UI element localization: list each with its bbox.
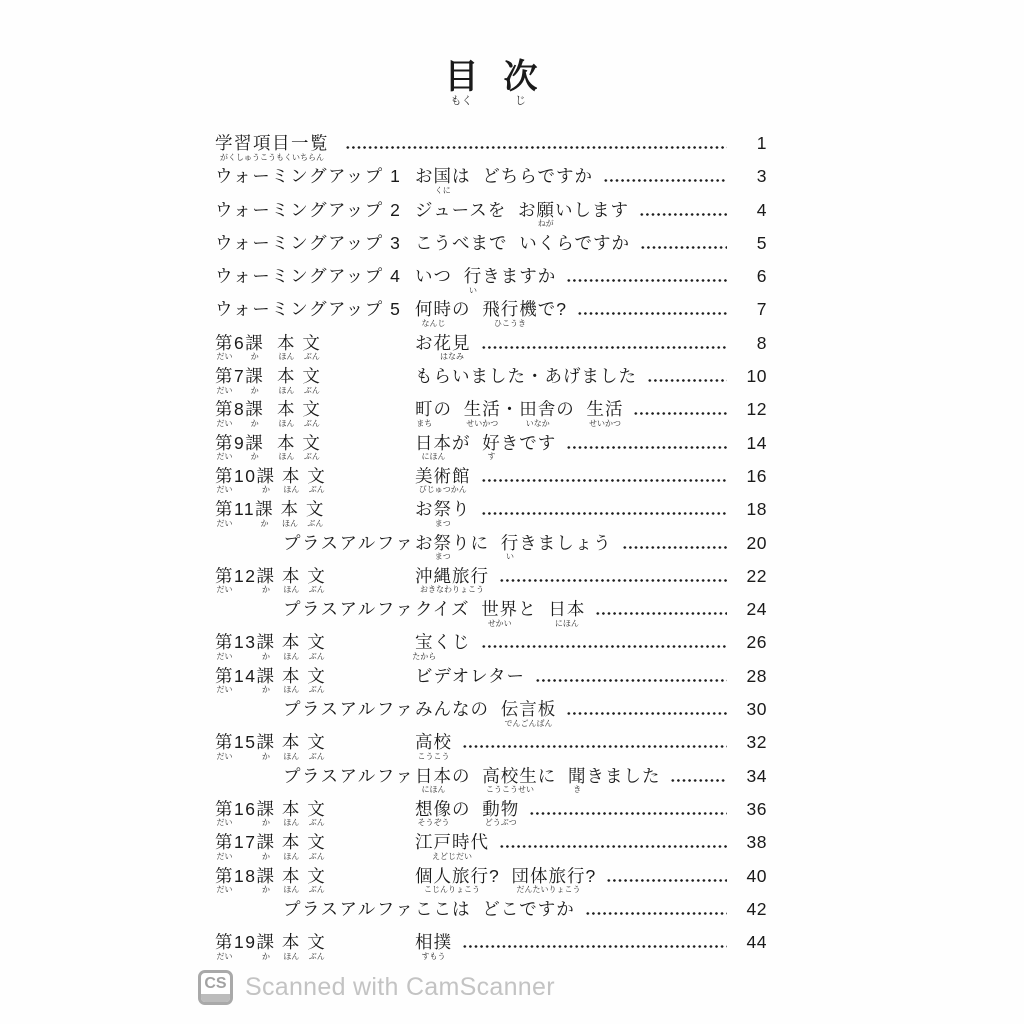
base-text: お [415, 333, 434, 353]
base-text: きです [501, 433, 557, 453]
furigana: だい [217, 386, 233, 396]
text-segment: 世界せかい [481, 599, 518, 620]
base-text [264, 433, 277, 453]
base-text: 文 [307, 632, 326, 652]
furigana: ぶん [309, 885, 325, 895]
furigana: まつ [435, 552, 451, 562]
page-number: 3 [739, 166, 767, 187]
entry-title: いつ 行いきますか [415, 266, 556, 287]
entry-title: お国くには どちらですか [415, 166, 593, 187]
base-text: 沖縄旅行 [415, 566, 489, 586]
text-segment: 本ほん [282, 632, 301, 653]
dot-leader [535, 666, 727, 687]
base-text: の [452, 799, 482, 819]
text-segment: ビデオレター [415, 666, 525, 687]
text-segment: 文ぶん [302, 333, 321, 354]
furigana: ひこうき [494, 319, 526, 329]
furigana: だんたいりょこう [516, 885, 580, 895]
furigana: だい [217, 852, 233, 862]
toc-row: 第だい19課か 本ほん 文ぶん相撲すもう44 [215, 932, 767, 965]
text-segment: 課か [245, 333, 264, 354]
text-segment: 美術館びじゅつかん [415, 466, 471, 487]
text-segment: プラスアルファ [283, 899, 414, 920]
text-segment: 本ほん [282, 566, 301, 587]
page-number: 10 [739, 366, 767, 387]
toc-row: 第だい8課か 本ほん 文ぶん町まちの 生活せいかつ・田舎いなかの 生活せいかつ1… [215, 399, 767, 432]
base-text: 課 [245, 366, 264, 386]
entry-title: 日本にほんが 好すきです [415, 433, 556, 454]
entry-title: ここは どこですか [415, 899, 575, 920]
page-number: 22 [739, 566, 767, 587]
base-text: 課 [256, 666, 275, 686]
base-text: クイズ [415, 599, 481, 619]
furigana: まち [416, 419, 432, 429]
text-segment: 第だい [215, 333, 234, 354]
furigana: ぶん [309, 652, 325, 662]
base-text: 本 [282, 799, 301, 819]
furigana: ぶん [309, 685, 325, 695]
text-segment: 本ほん [282, 732, 301, 753]
base-text: ウォーミングアップ 3 [215, 233, 401, 253]
page-number: 1 [739, 133, 767, 154]
furigana: か [262, 685, 270, 695]
text-segment: 聞き [568, 766, 587, 787]
base-text: 13 [234, 632, 256, 652]
text-segment: 課か [245, 433, 264, 454]
text-segment: ウォーミングアップ 3 [215, 233, 401, 254]
lesson-label: 第だい9課か 本ほん 文ぶん [215, 433, 415, 454]
base-text: 14 [234, 666, 256, 686]
dot-leader [566, 266, 727, 287]
toc-row: ウォーミングアップ 5何時なんじの 飛行機ひこうきで?7 [215, 299, 767, 332]
text-segment: お [415, 166, 434, 187]
base-text: もらいました・あげました [415, 366, 637, 386]
furigana: こうこうせい [486, 785, 534, 795]
base-text: 課 [245, 333, 264, 353]
dot-leader [647, 366, 727, 387]
page-number: 16 [739, 466, 767, 487]
base-text: 課 [245, 399, 264, 419]
text-segment: 目もく [445, 58, 479, 108]
text-segment: と [518, 599, 548, 620]
text-segment: お [415, 533, 434, 554]
base-text: 課 [256, 832, 275, 852]
page-number: 20 [739, 533, 767, 554]
text-segment: 17 [234, 832, 256, 853]
lesson-label: 第だい15課か 本ほん 文ぶん [215, 732, 415, 753]
base-text: 個人旅行 [415, 866, 489, 886]
base-text: 文 [307, 566, 326, 586]
lesson-label: プラスアルファ [215, 599, 415, 620]
lesson-label: 第だい18課か 本ほん 文ぶん [215, 866, 415, 887]
base-text: 第 [215, 666, 234, 686]
dot-leader [640, 233, 727, 254]
furigana: ほん [278, 452, 294, 462]
text-segment [264, 399, 277, 420]
furigana: ほん [283, 585, 299, 595]
text-segment: 課か [255, 499, 274, 520]
lesson-label: ウォーミングアップ 5 [215, 299, 415, 320]
base-text: 16 [234, 799, 256, 819]
entry-title: 江戸時代えどじだい [415, 832, 489, 853]
base-text: 世界 [481, 599, 518, 619]
furigana: どうぶつ [485, 818, 517, 828]
lesson-label: ウォーミングアップ 3 [215, 233, 415, 254]
base-text: 6 [234, 333, 245, 353]
text-segment: の [556, 399, 586, 420]
furigana: たから [412, 652, 436, 662]
furigana: き [573, 785, 581, 795]
furigana: にほん [422, 452, 446, 462]
base-text: 文 [302, 366, 321, 386]
furigana: ほん [283, 652, 299, 662]
base-text: 9 [234, 433, 245, 453]
text-segment: 第だい [215, 433, 234, 454]
entry-title: お祭まつり [415, 499, 471, 520]
text-segment: 次じ [504, 58, 538, 108]
furigana: だい [217, 452, 233, 462]
base-text: 聞 [568, 766, 587, 786]
text-segment: きです [501, 433, 557, 454]
lesson-label: 第だい14課か 本ほん 文ぶん [215, 666, 415, 687]
lesson-label: ウォーミングアップ 4 [215, 266, 415, 287]
toc-row: プラスアルファみんなの 伝言板でんごんばん30 [215, 699, 767, 732]
text-segment: 文ぶん [307, 732, 326, 753]
text-segment: 9 [234, 433, 245, 454]
base-text: 課 [245, 433, 264, 453]
base-text: きましょう [519, 533, 612, 553]
text-segment: 文ぶん [307, 932, 326, 953]
furigana: くに [435, 186, 451, 196]
text-segment: 課か [245, 399, 264, 420]
scanned-page: 目もく次じ 学習項目一覧がくしゅうこうもくいちらん1ウォーミングアップ 1お国く… [0, 0, 1024, 1024]
text-segment: 宝たから [415, 632, 434, 653]
text-segment: ジュースを お [415, 200, 537, 221]
toc-row: ウォーミングアップ 4いつ 行いきますか6 [215, 266, 767, 299]
text-segment: 14 [234, 666, 256, 687]
furigana: だい [217, 419, 233, 429]
base-text: 第 [215, 866, 234, 886]
page-number: 34 [739, 766, 767, 787]
base-text: 課 [256, 566, 275, 586]
furigana: い [469, 286, 477, 296]
text-segment: 飛行機ひこうき [482, 299, 538, 320]
base-text: 何時 [415, 299, 452, 319]
entry-title: 何時なんじの 飛行機ひこうきで? [415, 299, 567, 320]
base-text: こうべまで いくらですか [415, 233, 630, 253]
base-text: 想像 [415, 799, 452, 819]
furigana: か [251, 452, 259, 462]
text-segment [264, 366, 277, 387]
text-segment: みんなの [415, 699, 501, 720]
base-text: プラスアルファ [283, 899, 414, 919]
base-text: 第 [215, 566, 234, 586]
page-number: 24 [739, 599, 767, 620]
text-segment: 第だい [215, 866, 234, 887]
base-text: 飛行機 [482, 299, 538, 319]
dot-leader [639, 200, 727, 221]
base-text: の [452, 299, 482, 319]
base-text: 本 [282, 466, 301, 486]
furigana: か [262, 952, 270, 962]
base-text: 文 [307, 799, 326, 819]
base-text: 日本 [415, 766, 452, 786]
text-segment: 本ほん [282, 932, 301, 953]
base-text: 19 [234, 932, 256, 952]
text-segment: 7 [234, 366, 245, 387]
base-text: 文 [307, 832, 326, 852]
base-text: くじ [434, 632, 471, 652]
text-segment: 第だい [215, 632, 234, 653]
dot-leader [481, 632, 728, 653]
base-text: 17 [234, 832, 256, 852]
page-number: 4 [739, 200, 767, 221]
text-segment: プラスアルファ [283, 599, 414, 620]
text-segment: 文ぶん [307, 632, 326, 653]
base-text: 第 [215, 932, 234, 952]
toc-row: 第だい18課か 本ほん 文ぶん個人旅行こじんりょこう? 団体旅行だんたいりょこう… [215, 866, 767, 899]
text-segment: 何時なんじ [415, 299, 452, 320]
entry-title: ジュースを お願ねがいします [415, 200, 629, 221]
text-segment: 19 [234, 932, 256, 953]
text-segment: ウォーミングアップ 4 [215, 266, 401, 287]
text-segment: 本ほん [277, 433, 296, 454]
text-segment: 沖縄旅行おきなわりょこう [415, 566, 489, 587]
text-segment: 文ぶん [302, 366, 321, 387]
text-segment: 13 [234, 632, 256, 653]
text-segment: ・ [501, 399, 520, 420]
base-text: 次 [504, 58, 538, 96]
text-segment: 本ほん [282, 866, 301, 887]
base-text: 生活 [464, 399, 501, 419]
base-text: プラスアルファ [283, 699, 414, 719]
furigana: にほん [422, 785, 446, 795]
entry-title: 高校こうこう [415, 732, 452, 753]
base-text: 文 [307, 866, 326, 886]
base-text: プラスアルファ [283, 766, 414, 786]
furigana: こうこう [418, 752, 450, 762]
text-segment: の [434, 399, 464, 420]
base-text: 課 [256, 866, 275, 886]
lesson-label: 第だい19課か 本ほん 文ぶん [215, 932, 415, 953]
text-segment: ウォーミングアップ 2 [215, 200, 401, 221]
base-text: 第 [215, 333, 234, 353]
base-text: 課 [256, 932, 275, 952]
base-text: 文 [307, 466, 326, 486]
page-number: 42 [739, 899, 767, 920]
toc-row: プラスアルファ日本にほんの 高校生こうこうせいに 聞ききました34 [215, 766, 767, 799]
base-text: 8 [234, 399, 245, 419]
toc-row: 第だい7課か 本ほん 文ぶんもらいました・あげました10 [215, 366, 767, 399]
toc-row: プラスアルファここは どこですか42 [215, 899, 767, 932]
base-text: 文 [302, 333, 321, 353]
text-segment: 行い [464, 266, 483, 287]
text-segment: ? [585, 866, 596, 887]
text-segment: 生活せいかつ [464, 399, 501, 420]
base-text: 本 [282, 666, 301, 686]
dot-leader [499, 832, 727, 853]
text-segment: 願ねが [537, 200, 556, 221]
text-segment: プラスアルファ [283, 699, 414, 720]
text-segment: 課か [256, 466, 275, 487]
furigana: ぶん [309, 752, 325, 762]
text-segment: 課か [256, 799, 275, 820]
base-text [264, 366, 277, 386]
text-segment: 本ほん [277, 366, 296, 387]
base-text: 本 [282, 832, 301, 852]
toc-row: 第だい12課か 本ほん 文ぶん沖縄旅行おきなわりょこう22 [215, 566, 767, 599]
page-number: 40 [739, 866, 767, 887]
furigana: ぶん [304, 419, 320, 429]
text-segment: は どちらですか [452, 166, 593, 187]
furigana: おきなわりょこう [420, 585, 484, 595]
base-text: 第 [215, 632, 234, 652]
toc-row: 第だい6課か 本ほん 文ぶんお花見はなみ8 [215, 333, 767, 366]
dot-leader [670, 766, 727, 787]
toc-row: 第だい14課か 本ほん 文ぶんビデオレター28 [215, 666, 767, 699]
camscanner-icon-strip [201, 994, 230, 1002]
entry-title: もらいました・あげました [415, 366, 637, 387]
text-segment: プラスアルファ [283, 766, 414, 787]
base-text: 国 [434, 166, 453, 186]
entry-title: 日本にほんの 高校生こうこうせいに 聞ききました [415, 766, 660, 787]
base-text: り [452, 499, 471, 519]
furigana: だい [217, 352, 233, 362]
furigana: はなみ [440, 352, 464, 362]
furigana: なんじ [422, 319, 446, 329]
furigana: ねが [538, 219, 554, 229]
base-text: 好 [482, 433, 501, 453]
toc-rows: 学習項目一覧がくしゅうこうもくいちらん1ウォーミングアップ 1お国くには どちら… [215, 133, 767, 965]
furigana: ぶん [304, 452, 320, 462]
base-text: 祭 [434, 533, 453, 553]
base-text: 11 [234, 499, 255, 519]
furigana: だい [217, 519, 233, 529]
toc-row: 第だい17課か 本ほん 文ぶん江戸時代えどじだい38 [215, 832, 767, 865]
text-segment: 第だい [215, 832, 234, 853]
base-text: 町 [415, 399, 434, 419]
camscanner-watermark: CS Scanned with CamScanner [198, 969, 555, 1005]
page-number: 30 [739, 699, 767, 720]
text-segment: 課か [256, 832, 275, 853]
base-text: 学習項目一覧 [215, 133, 329, 153]
base-text: 動物 [482, 799, 519, 819]
base-text: 本 [277, 333, 296, 353]
text-segment: 文ぶん [307, 666, 326, 687]
base-text: 本 [282, 566, 301, 586]
dot-leader [566, 699, 727, 720]
toc-row: 第だい13課か 本ほん 文ぶん宝たからくじ26 [215, 632, 767, 665]
base-text: で? [538, 299, 567, 319]
page-number: 5 [739, 233, 767, 254]
text-segment: 花見はなみ [434, 333, 471, 354]
furigana: だい [217, 585, 233, 595]
entry-title: 沖縄旅行おきなわりょこう [415, 566, 489, 587]
entry-title: こうべまで いくらですか [415, 233, 630, 254]
base-text: 第 [215, 433, 234, 453]
text-segment: 日本にほん [415, 433, 452, 454]
furigana: か [262, 852, 270, 862]
lesson-label: プラスアルファ [215, 899, 415, 920]
base-text: 本 [282, 732, 301, 752]
lesson-label: 第だい7課か 本ほん 文ぶん [215, 366, 415, 387]
text-segment: きました [586, 766, 660, 787]
furigana: か [262, 818, 270, 828]
furigana: びじゅつかん [419, 485, 467, 495]
base-text: ここは どこですか [415, 899, 575, 919]
base-text: 本 [277, 366, 296, 386]
page-number: 44 [739, 932, 767, 953]
text-segment: で? [538, 299, 567, 320]
base-text: ? [489, 866, 511, 886]
furigana: だい [217, 652, 233, 662]
text-segment: 文ぶん [307, 799, 326, 820]
text-segment: 第だい [215, 932, 234, 953]
toc-row: 学習項目一覧がくしゅうこうもくいちらん1 [215, 133, 767, 166]
base-text: 課 [256, 466, 275, 486]
furigana: ぶん [309, 585, 325, 595]
lesson-label: 第だい17課か 本ほん 文ぶん [215, 832, 415, 853]
text-segment: 第だい [215, 499, 234, 520]
toc-row: 第だい15課か 本ほん 文ぶん高校こうこう32 [215, 732, 767, 765]
furigana: もく [451, 96, 473, 106]
base-text: 日本 [415, 433, 452, 453]
furigana: だい [217, 885, 233, 895]
furigana: ほん [283, 952, 299, 962]
text-segment: 第だい [215, 666, 234, 687]
base-text: の [434, 399, 464, 419]
furigana: こじんりょこう [424, 885, 480, 895]
base-text: 行 [501, 533, 520, 553]
entry-title: 町まちの 生活せいかつ・田舎いなかの 生活せいかつ [415, 399, 623, 420]
text-segment: 課か [256, 666, 275, 687]
dot-leader [462, 932, 727, 953]
furigana: か [262, 885, 270, 895]
text-segment: いします [555, 200, 629, 221]
toc-row: ウォーミングアップ 1お国くには どちらですか3 [215, 166, 767, 199]
base-text: 第 [215, 799, 234, 819]
base-text: プラスアルファ [283, 599, 414, 619]
text-segment: 日本にほん [548, 599, 585, 620]
base-text: 美術館 [415, 466, 471, 486]
furigana: か [251, 386, 259, 396]
furigana: ほん [282, 519, 298, 529]
entry-title: 宝たからくじ [415, 632, 471, 653]
lesson-label: ウォーミングアップ 1 [215, 166, 415, 187]
text-segment: 祭まつ [434, 533, 453, 554]
furigana: ほん [283, 852, 299, 862]
text-segment: クイズ [415, 599, 481, 620]
base-text: 行 [464, 266, 483, 286]
base-text: 第 [215, 832, 234, 852]
text-segment: 高校こうこう [415, 732, 452, 753]
text-segment: 文ぶん [302, 433, 321, 454]
text-segment: 第だい [215, 366, 234, 387]
base-text: 団体旅行 [511, 866, 585, 886]
text-segment: 本ほん [282, 466, 301, 487]
base-text: 第 [215, 499, 234, 519]
base-text: 文 [306, 499, 325, 519]
base-text: りに [452, 533, 501, 553]
furigana: いなか [526, 419, 550, 429]
lesson-label: 第だい6課か 本ほん 文ぶん [215, 333, 415, 354]
furigana: ほん [278, 386, 294, 396]
base-text: ウォーミングアップ 1 [215, 166, 401, 186]
base-text: ? [585, 866, 596, 886]
text-segment: 生活せいかつ [586, 399, 623, 420]
text-segment: が [452, 433, 482, 454]
text-segment: 本ほん [281, 499, 300, 520]
